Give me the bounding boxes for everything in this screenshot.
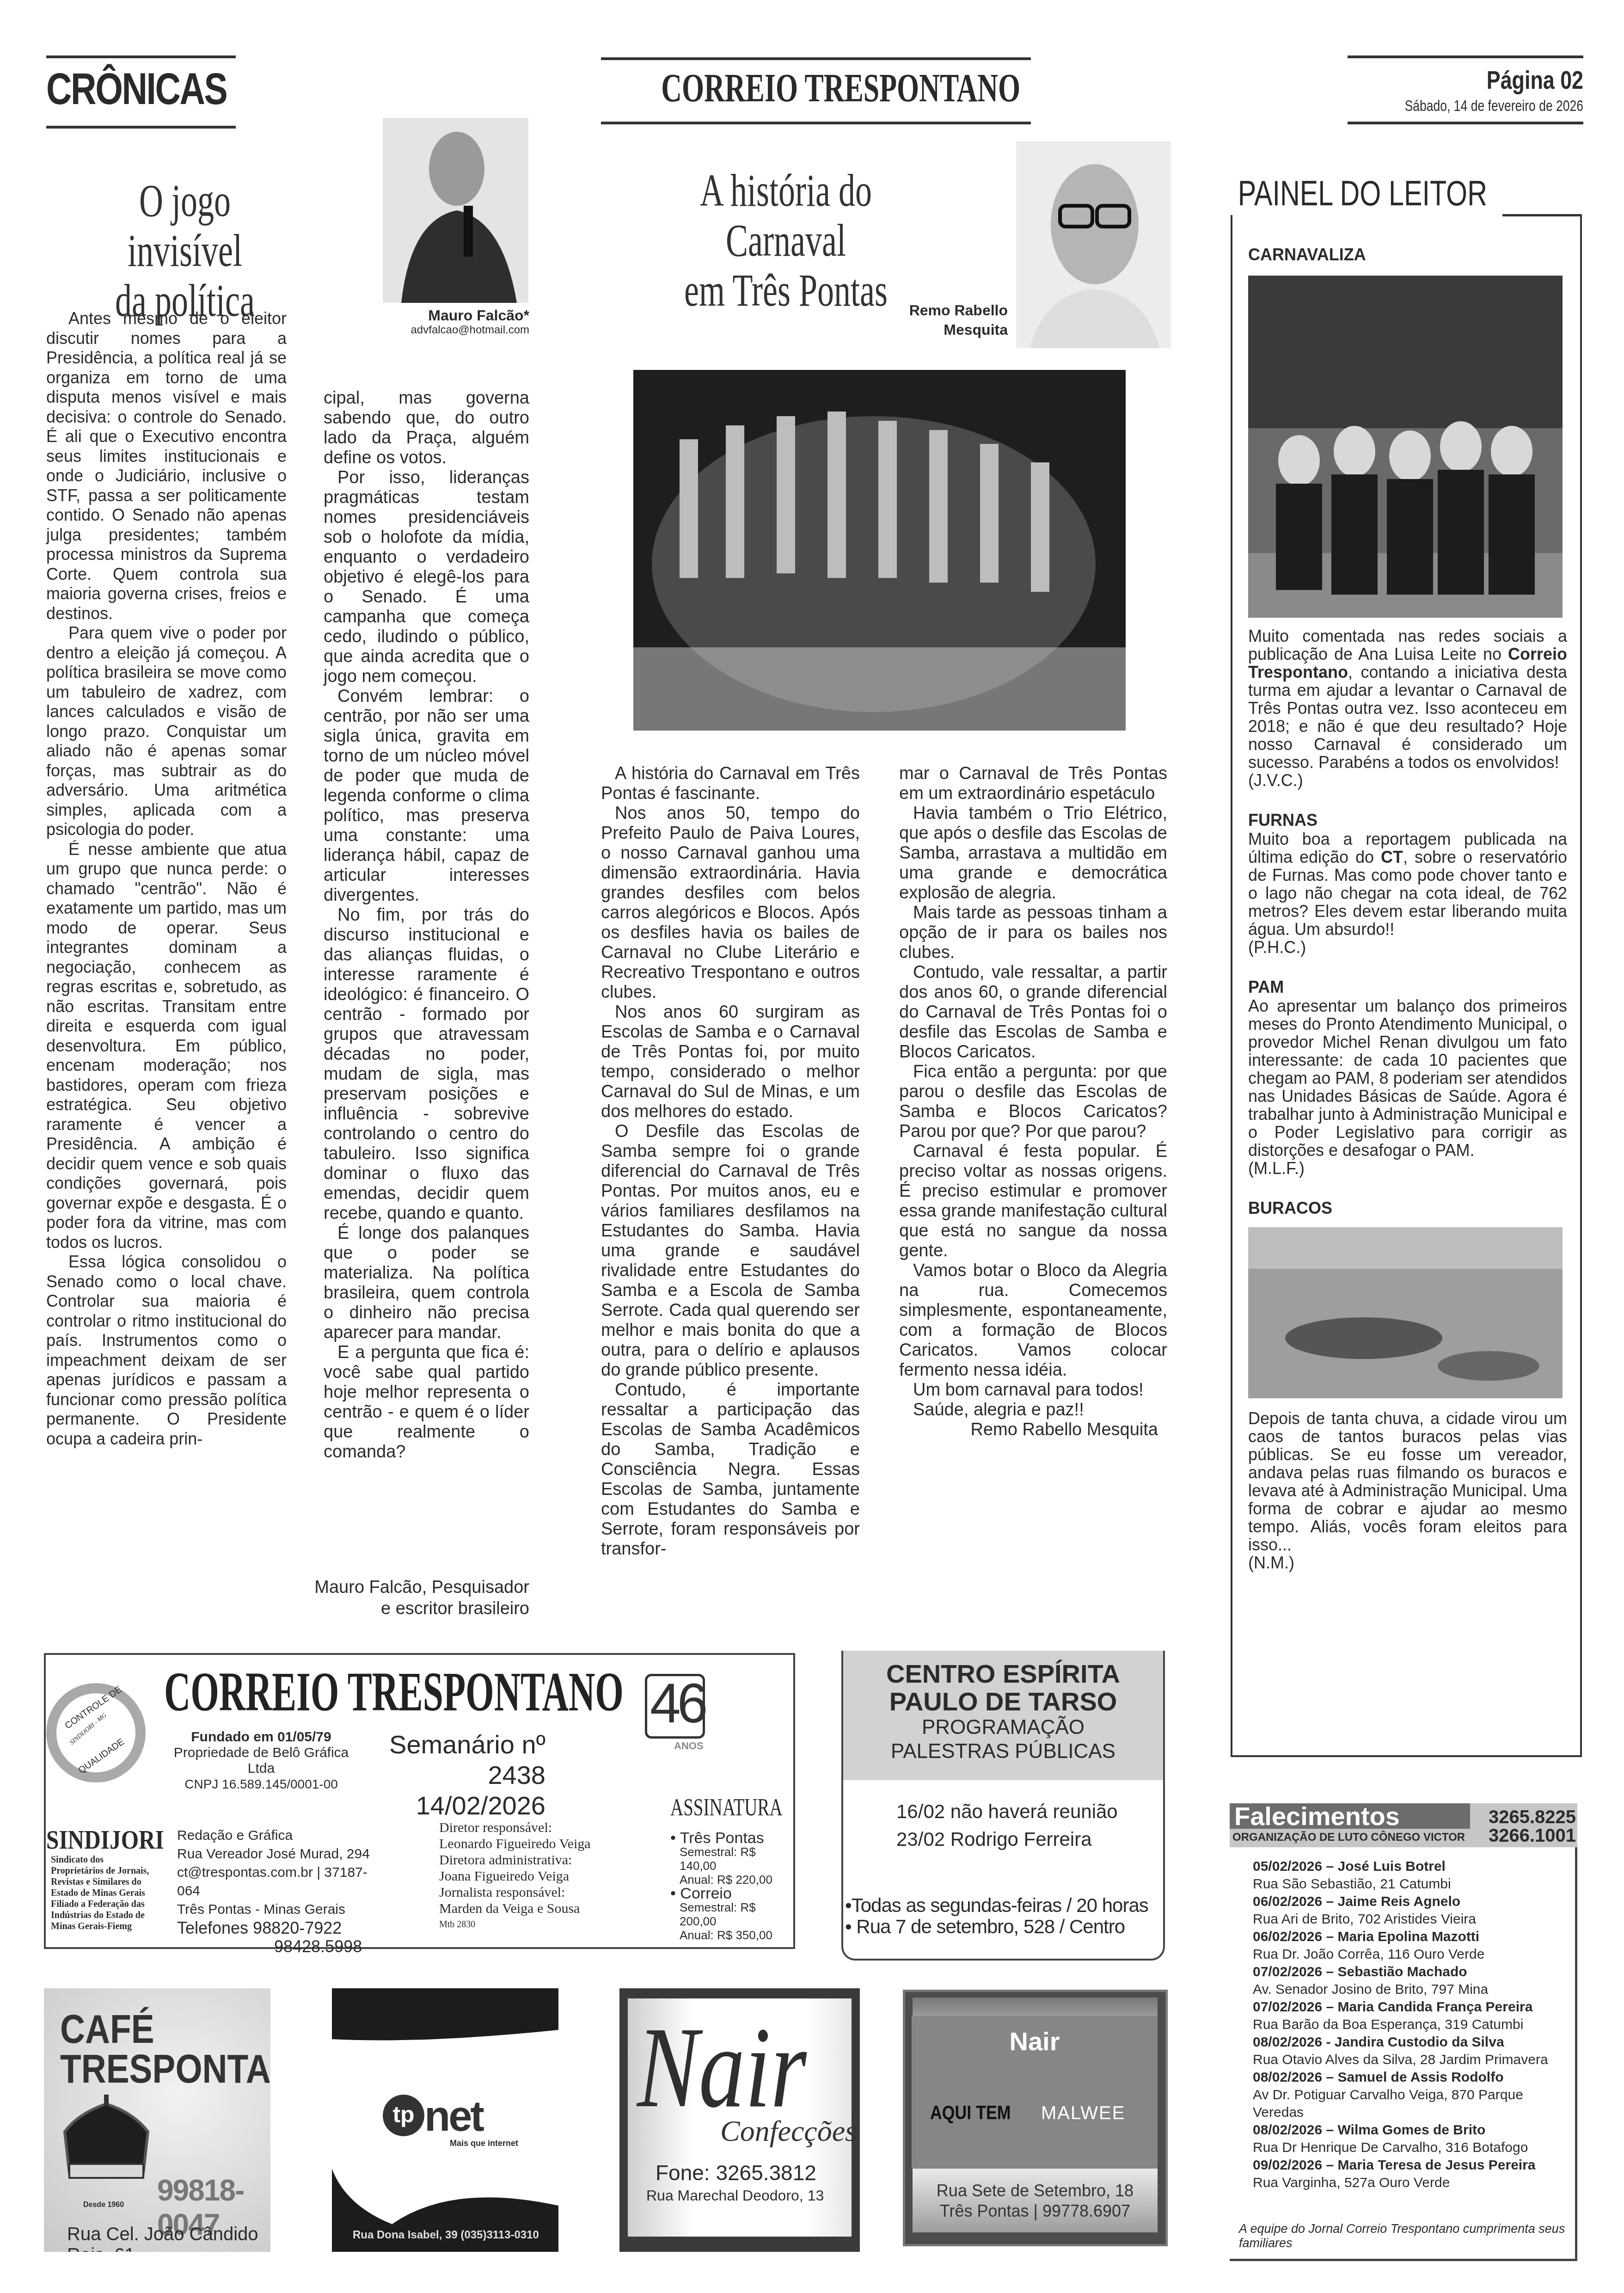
- obituary-name: 08/02/2026 – Wilma Gomes de Brito: [1253, 2121, 1575, 2139]
- tpnet-tagline: Mais que internet: [450, 2139, 518, 2148]
- cafe-name: CAFÉ TRESPONTANO: [60, 2009, 270, 2089]
- ad-tpnet[interactable]: tp net Mais que internet Rua Dona Isabel…: [332, 1988, 558, 2252]
- founded-date: Fundado em 01/05/79: [164, 1729, 358, 1745]
- text-bold: CT: [1381, 848, 1403, 867]
- painel-signature: (P.H.C.): [1248, 938, 1567, 956]
- crown-icon: [60, 2095, 153, 2187]
- obituary-entry: 06/02/2026 – Maria Epolina MazottiRua Dr…: [1253, 1928, 1575, 1963]
- obituary-address: Rua Varginha, 527a Ouro Verde: [1253, 2174, 1575, 2192]
- obituary-entry: 07/02/2026 – Sebastião MachadoAv. Senado…: [1253, 1963, 1575, 1998]
- painel-heading: BURACOS: [1248, 1199, 1567, 1218]
- signature-line: e escritor brasileiro: [314, 1598, 529, 1619]
- carnaval-headline-line1: A história do Carnaval: [636, 166, 936, 265]
- info-line: • Rua 7 de setembro, 528 / Centro: [845, 1916, 1163, 1937]
- centro-espirita-schedule: 16/02 não haverá reunião 23/02 Rodrigo F…: [843, 1780, 1163, 1853]
- painel-signature: (M.L.F.): [1248, 1159, 1567, 1177]
- carnaval-column-2: mar o Carnaval de Três Pontas em um extr…: [899, 764, 1167, 1440]
- text: Diretora administrativa:: [439, 1852, 656, 1868]
- obituary-address: Av Dr. Potiguar Carvalho Veiga, 870 Parq…: [1253, 2086, 1575, 2121]
- sindijori-title: SINDIJORI: [46, 1824, 164, 1855]
- painel-text-pam: Ao apresentar um balanço dos primeiros m…: [1248, 997, 1567, 1177]
- obituary-address: Rua São Sebastião, 21 Catumbi: [1253, 1875, 1575, 1893]
- author-photo-mauro-falcao: [383, 118, 528, 303]
- carnaval-column-1: A história do Carnaval em Três Pontas é …: [601, 764, 860, 1559]
- text: • Três Pontas: [670, 1831, 795, 1845]
- centro-espirita-header: CENTRO ESPÍRITA PAULO DE TARSO PROGRAMAÇ…: [843, 1651, 1163, 1780]
- obituary-entry: 07/02/2026 – Maria Candida França Pereir…: [1253, 1998, 1575, 2034]
- paragraph: No fim, por trás do discurso institucion…: [324, 905, 529, 1223]
- paragraph: E a pergunta que fica é: você sabe qual …: [324, 1343, 529, 1462]
- owner: Propriedade de Belô Gráfica Ltda: [164, 1745, 358, 1777]
- falecimentos-list: 05/02/2026 – José Luis BotrelRua São Seb…: [1253, 1858, 1575, 2192]
- schedule-item: 23/02 Rodrigo Ferreira: [896, 1826, 1163, 1853]
- carnaval-headline: A história do Carnaval em Três Pontas: [636, 166, 936, 315]
- paragraph: mar o Carnaval de Três Pontas em um extr…: [899, 764, 1167, 804]
- obituary-address: Rua Barão da Boa Esperança, 319 Catumbi: [1253, 2016, 1575, 2034]
- paragraph: Vamos botar o Bloco da Alegria na rua. C…: [899, 1261, 1167, 1380]
- text: Três Pontas - Minas Gerais: [177, 1900, 371, 1919]
- malwee-aqui-tem: AQUI TEM: [930, 2102, 1011, 2124]
- obituary-name: 08/02/2026 - Jandira Custodio da Silva: [1253, 2034, 1575, 2051]
- obituary-entry: 08/02/2026 - Jandira Custodio da SilvaRu…: [1253, 2034, 1575, 2069]
- text: Ao apresentar um balanço dos primeiros m…: [1248, 996, 1567, 1160]
- quality-seal: CONTROLE DE SINDIJORI - MG QUALIDADE: [46, 1683, 146, 1783]
- subtitle: PROGRAMAÇÃO: [843, 1715, 1163, 1740]
- paragraph: cipal, mas governa sabendo que, do outro…: [324, 388, 529, 468]
- title: CENTRO ESPÍRITA: [843, 1660, 1163, 1688]
- text: Diretor responsável:: [439, 1820, 656, 1836]
- page-date: Sábado, 14 de fevereiro de 2026: [1399, 97, 1583, 115]
- price: Semestral: R$ 140,00: [670, 1845, 795, 1873]
- painel-signature: (J.V.C.): [1248, 771, 1567, 789]
- paragraph: O Desfile das Escolas de Samba sempre fo…: [601, 1122, 860, 1380]
- painel-signature: (N.M.): [1248, 1554, 1567, 1572]
- text: Sindicato dos: [51, 1854, 162, 1865]
- falecimentos-footer: A equipe do Jornal Correio Trespontano c…: [1239, 2222, 1575, 2250]
- price: Semestral: R$ 200,00: [670, 1900, 795, 1928]
- paragraph: Um bom carnaval para todos!: [899, 1380, 1167, 1400]
- malwee-brand: MALWEE: [1041, 2103, 1125, 2124]
- ad-cafe-trespontano[interactable]: CAFÉ TRESPONTANO Desde 1960 99818-0047 R…: [44, 1988, 270, 2252]
- phone: Telefones 98820-7922: [177, 1919, 371, 1937]
- tpnet-logo-net: net: [424, 2092, 483, 2141]
- malwee-nair-title: Nair: [912, 2026, 1158, 2056]
- cnpj: CNPJ 16.589.145/0001-00: [164, 1777, 358, 1792]
- paragraph: Carnaval é festa popular. É preciso volt…: [899, 1142, 1167, 1261]
- text: Revistas e Similares do: [51, 1876, 162, 1887]
- paragraph: A história do Carnaval em Três Pontas é …: [601, 764, 860, 804]
- text: Jornalista responsável:: [439, 1884, 656, 1900]
- malwee-address-panel: Rua Sete de Setembro, 18 Três Pontas | 9…: [913, 2169, 1158, 2232]
- text: Marden da Veiga e Sousa: [439, 1900, 656, 1917]
- malwee-main-panel: Nair AQUI TEM MALWEE: [912, 2016, 1158, 2169]
- mtb: Mtb 2830: [439, 1917, 656, 1933]
- edition-date: 14/02/2026: [370, 1790, 545, 1821]
- obituary-entry: 06/02/2026 – Jaime Reis AgneloRua Ari de…: [1253, 1893, 1575, 1928]
- falecimentos-box: Falecimentos ORGANIZAÇÃO DE LUTO CÔNEGO …: [1230, 1803, 1577, 2261]
- paragraph: Contudo, vale ressaltar, a partir dos an…: [899, 963, 1167, 1062]
- price: Anual: R$ 350,00: [670, 1928, 795, 1942]
- obituary-name: 08/02/2026 – Samuel de Assis Rodolfo: [1253, 2069, 1575, 2086]
- masthead-title: CORREIO TRESPONTANO: [661, 65, 971, 111]
- painel-text-buracos: Depois de tanta chuva, a cidade virou um…: [1248, 1409, 1567, 1572]
- falecimentos-org: ORGANIZAÇÃO DE LUTO CÔNEGO VICTOR: [1232, 1831, 1465, 1844]
- paragraph: Nos anos 60 surgiram as Escolas de Samba…: [601, 1002, 860, 1122]
- pothole-road-photo-icon: [1248, 1227, 1563, 1398]
- cafe-address: Rua Cel. João Cândido Reis, 61: [67, 2224, 270, 2252]
- nair-address: Rua Marechal Deodoro, 13: [646, 2187, 824, 2204]
- staff-info: Diretor responsável: Leonardo Figueiredo…: [439, 1820, 656, 1933]
- redacao-info: Redação e Gráfica Rua Vereador José Mura…: [177, 1826, 371, 1956]
- carnaval-author-line2: Mesquita: [855, 320, 1008, 339]
- masthead-rule-top: [601, 57, 1031, 60]
- subtitle: PALESTRAS PÚBLICAS: [843, 1740, 1163, 1764]
- chronicle-column-1: Antes mesmo de o eleitor discutir nomes …: [46, 309, 287, 1449]
- paragraph: Convém lembrar: o centrão, por não ser u…: [324, 687, 529, 905]
- paragraph: Fica então a pergunta: por que parou o d…: [899, 1062, 1167, 1142]
- malwee-address-line: Três Pontas | 99778.6907: [913, 2201, 1158, 2221]
- paragraph: Havia também o Trio Elétrico, que após o…: [899, 804, 1167, 903]
- phone: 3265.8225: [1489, 1808, 1576, 1826]
- chronicle-author-name: Mauro Falcão*: [361, 307, 529, 324]
- paragraph: É longe dos palanques que o poder se mat…: [324, 1223, 529, 1343]
- text: Rua Vereador José Murad, 294: [177, 1845, 371, 1863]
- falecimentos-phones: 3265.8225 3266.1001: [1489, 1808, 1576, 1845]
- obituary-name: 09/02/2026 – Maria Teresa de Jesus Perei…: [1253, 2157, 1575, 2174]
- text: Filiado a Federação das: [51, 1899, 162, 1910]
- schedule-item: 16/02 não haverá reunião: [896, 1798, 1163, 1826]
- tpnet-logo-circle: tp: [383, 2095, 424, 2136]
- paragraph: É nesse ambiente que atua um grupo que n…: [46, 840, 287, 1253]
- edition-info: Semanário nº 2438 14/02/2026: [370, 1729, 545, 1821]
- chronicle-column-2: cipal, mas governa sabendo que, do outro…: [324, 388, 529, 1462]
- cafe-since: Desde 1960: [83, 2201, 124, 2209]
- text: Estado de Minas Gerais: [51, 1887, 162, 1899]
- obituary-name: 07/02/2026 – Maria Candida França Pereir…: [1253, 1998, 1575, 2016]
- chronicle-headline-line1: O jogo invisível: [85, 176, 285, 276]
- paragraph: Para quem vive o poder por dentro a elei…: [46, 623, 287, 840]
- cafe-name-line1: CAFÉ: [60, 2009, 270, 2049]
- nair-logo: Nair: [637, 2008, 807, 2128]
- carnaval-author: Remo Rabello Mesquita: [855, 301, 1008, 339]
- ad-nair-confeccoes[interactable]: Nair Confecções Fone: 3265.3812 Rua Mare…: [619, 1988, 860, 2252]
- malwee-top-band: [913, 1998, 1158, 2016]
- anniversary-number: 46: [650, 1672, 704, 1735]
- obituary-name: 07/02/2026 – Sebastião Machado: [1253, 1963, 1575, 1981]
- phone: 3266.1001: [1489, 1826, 1576, 1845]
- obituary-name: 05/02/2026 – José Luis Botrel: [1253, 1858, 1575, 1875]
- obituary-name: 06/02/2026 – Jaime Reis Agnelo: [1253, 1893, 1575, 1911]
- sindijori-description: Sindicato dos Proprietários de Jornais, …: [51, 1854, 162, 1932]
- signature-line: Mauro Falcão, Pesquisador: [314, 1577, 529, 1598]
- paragraph: Antes mesmo de o eleitor discutir nomes …: [46, 309, 287, 623]
- seal-text-bottom: QUALIDADE: [77, 1737, 127, 1776]
- centro-espirita-box: CENTRO ESPÍRITA PAULO DE TARSO PROGRAMAÇ…: [841, 1651, 1165, 1961]
- obituary-entry: 08/02/2026 – Samuel de Assis RodolfoAv D…: [1253, 2069, 1575, 2121]
- cafe-name-line2: TRESPONTANO: [60, 2049, 270, 2089]
- obituary-name: 06/02/2026 – Maria Epolina Mazotti: [1253, 1928, 1575, 1946]
- masthead-rule-bottom: [601, 122, 1031, 124]
- chronicle-signature: Mauro Falcão, Pesquisador e escritor bra…: [314, 1577, 529, 1619]
- author-photo-remo-rabello: [1016, 141, 1171, 348]
- centro-espirita-info: •Todas as segundas-feiras / 20 horas • R…: [843, 1853, 1163, 1937]
- text: Depois de tanta chuva, a cidade virou um…: [1248, 1409, 1567, 1554]
- paragraph: Contudo, é importante ressaltar a partic…: [601, 1380, 860, 1559]
- nair-sub: Confecções: [720, 2114, 857, 2148]
- header-rule-left-bottom: [46, 126, 236, 129]
- paragraph: Nos anos 50, tempo do Prefeito Paulo de …: [601, 804, 860, 1002]
- chronicle-headline: O jogo invisível da política: [85, 176, 285, 326]
- obituary-address: Rua Dr Henrique De Carvalho, 316 Botafog…: [1253, 2139, 1575, 2157]
- chronicle-author-email[interactable]: advfalcao@hotmail.com: [361, 324, 529, 337]
- carnavaliza-group-photo: [1248, 276, 1563, 618]
- painel-text-carnavaliza: Muito comentada nas redes sociais a publ…: [1248, 627, 1567, 789]
- obituary-address: Rua Otavio Alves da Silva, 28 Jardim Pri…: [1253, 2051, 1575, 2069]
- info-line: •Todas as segundas-feiras / 20 horas: [845, 1895, 1163, 1916]
- text: Proprietários de Jornais,: [51, 1865, 162, 1876]
- text: Redação e Gráfica: [177, 1826, 371, 1845]
- painel-heading: PAM: [1248, 977, 1567, 997]
- obituary-entry: 08/02/2026 – Wilma Gomes de BritoRua Dr …: [1253, 2121, 1575, 2157]
- obituary-entry: 09/02/2026 – Maria Teresa de Jesus Perei…: [1253, 2157, 1575, 2192]
- text: Joana Figueiredo Veiga: [439, 1868, 656, 1884]
- painel-rule: [1502, 214, 1582, 216]
- page-number: Página 02: [1395, 65, 1583, 95]
- malwee-address-line: Rua Sete de Setembro, 18: [913, 2181, 1158, 2201]
- paragraph: Por isso, lideranças pragmáticas testam …: [324, 468, 529, 687]
- section-title: CRÔNICAS: [46, 64, 227, 115]
- anniversary-badge: 46 ANOS: [645, 1674, 705, 1739]
- buracos-photo: [1248, 1227, 1563, 1398]
- title: PAULO DE TARSO: [843, 1688, 1163, 1715]
- text: Minas Gerais-Fiemg: [51, 1921, 162, 1932]
- header-rule-left-top: [46, 55, 236, 58]
- painel-text-furnas: Muito boa a reportagem publicada na últi…: [1248, 830, 1567, 956]
- paragraph: Saúde, alegria e paz!!: [899, 1400, 1167, 1420]
- obituary-address: Rua Ari de Brito, 702 Aristides Vieira: [1253, 1911, 1575, 1928]
- ad-nair-malwee[interactable]: Nair AQUI TEM MALWEE Rua Sete de Setembr…: [903, 1990, 1168, 2246]
- header-rule-right-top: [1348, 55, 1583, 58]
- painel-heading: FURNAS: [1248, 811, 1567, 830]
- tpnet-address: Rua Dona Isabel, 39 (035)3113-0310: [353, 2229, 539, 2242]
- edition-number: Semanário nº 2438: [370, 1729, 545, 1790]
- text: • Correio: [670, 1887, 795, 1900]
- assinatura-prices: • Três Pontas Semestral: R$ 140,00 Anual…: [670, 1831, 795, 1942]
- painel-content: CARNAVALIZA Muito comentada nas redes so…: [1248, 236, 1567, 1572]
- text: Indústrias do Estado de: [51, 1910, 162, 1921]
- carnaval-photo: [633, 370, 1126, 731]
- nair-inner-panel: Nair Confecções Fone: 3265.3812 Rua Mare…: [628, 1998, 852, 2237]
- anniversary-label: ANOS: [674, 1740, 704, 1752]
- obituary-address: Rua Dr. João Corrêa, 116 Ouro Verde: [1253, 1946, 1575, 1963]
- expediente-company-info: Fundado em 01/05/79 Propriedade de Belô …: [164, 1729, 358, 1792]
- nair-phone: Fone: 3265.3812: [656, 2160, 816, 2185]
- header-rule-right-bottom: [1348, 122, 1583, 124]
- assinatura-title: ASSINATURA: [670, 1794, 783, 1821]
- carnaval-author-line1: Remo Rabello: [855, 301, 1008, 320]
- text: Leonardo Figueiredo Veiga: [439, 1836, 656, 1852]
- falecimentos-title: Falecimentos: [1230, 1803, 1470, 1829]
- paragraph: Essa lógica consolidou o Senado como o l…: [46, 1252, 287, 1449]
- expediente-name: CORREIO TRESPONTANO: [164, 1660, 469, 1724]
- portrait-icon: [1016, 141, 1171, 348]
- group-photo-icon: [1248, 276, 1563, 618]
- obituary-entry: 05/02/2026 – José Luis BotrelRua São Seb…: [1253, 1858, 1575, 1893]
- carnaval-signature: Remo Rabello Mesquita: [899, 1420, 1158, 1440]
- paragraph: Mais tarde as pessoas tinham a opção de …: [899, 903, 1167, 963]
- obituary-address: Av. Senador Josino de Brito, 797 Mina: [1253, 1981, 1575, 1998]
- email-phone[interactable]: ct@trespontas.com.br | 37187-064: [177, 1863, 371, 1900]
- phone: 98428.5998: [177, 1937, 371, 1956]
- portrait-icon: [383, 118, 528, 303]
- painel-heading: CARNAVALIZA: [1248, 245, 1567, 264]
- painel-title: PAINEL DO LEITOR: [1234, 173, 1491, 214]
- carnival-parade-photo-icon: [633, 370, 1126, 731]
